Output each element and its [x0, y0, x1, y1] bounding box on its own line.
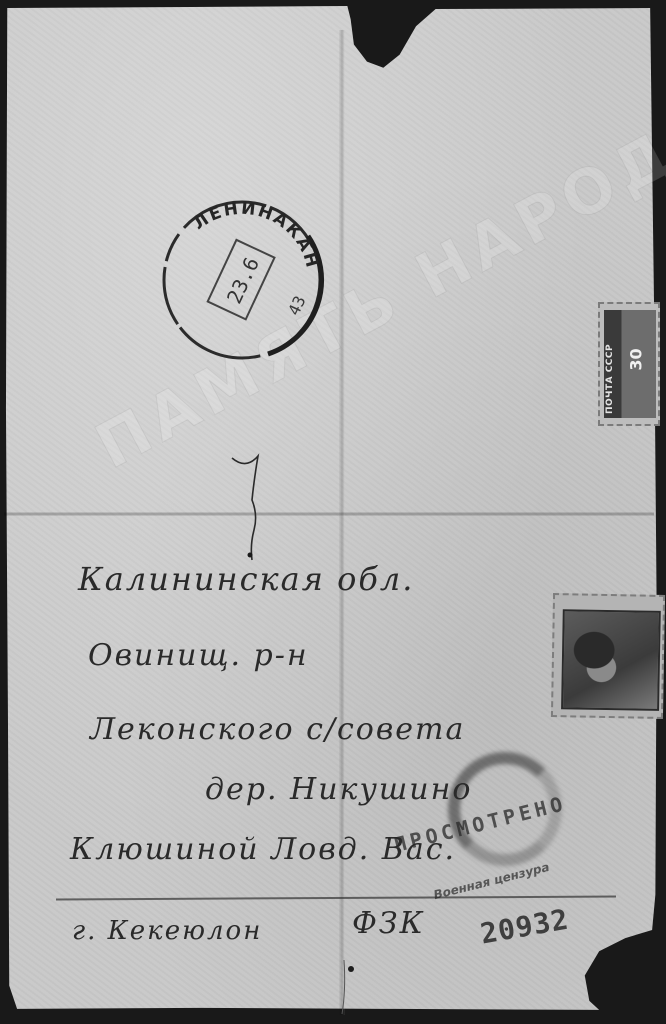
address-line-district: Овинищ. р-н — [88, 638, 309, 673]
address-line-region: Калининская обл. — [78, 560, 414, 598]
stamp-label: ПОЧТА СССР — [605, 344, 615, 414]
pilot-portrait-icon — [561, 609, 661, 711]
stamp-value: 30 — [627, 348, 646, 370]
ink-spot — [348, 966, 354, 972]
address-line-village: дер. Никушино — [205, 772, 472, 807]
address-line-council: Леконского с/совета — [90, 712, 465, 747]
return-city: г. Кекеюлон — [72, 916, 262, 946]
postage-stamp-30: ПОЧТА СССР 30 — [598, 302, 660, 426]
postmark-year: 43 — [284, 293, 309, 318]
fold-line-horizontal — [4, 512, 654, 516]
postage-stamp-pilot — [551, 593, 665, 719]
postmark-date: 23.6 — [222, 254, 264, 308]
postmark: ЛЕНИНАКАН 23.6 43 — [158, 196, 326, 364]
fold-line-vertical — [339, 30, 345, 1015]
return-code: ФЗК — [352, 906, 425, 941]
